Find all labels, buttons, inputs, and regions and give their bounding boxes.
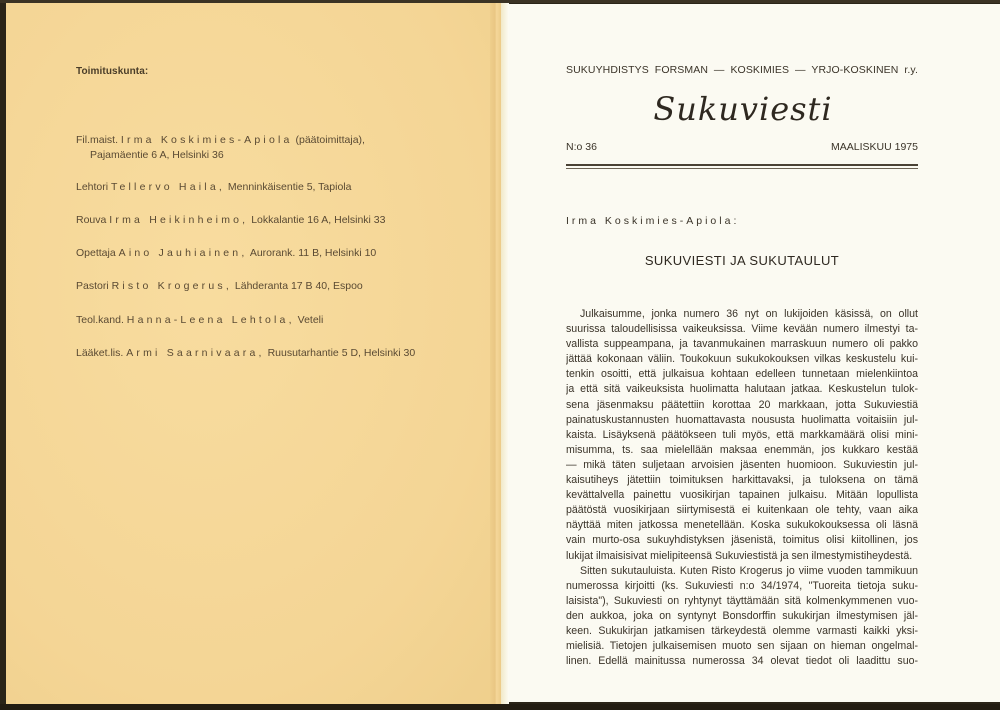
- staff-address: Lähderanta 17 B 40, Espoo: [235, 280, 363, 292]
- staff-title: Fil.maist.: [76, 134, 118, 146]
- body-line: päätöstä vuosikirjaan siirtymisestä ei k…: [566, 503, 918, 518]
- body-line: painatuskustannusten huomattavasta nousu…: [566, 413, 918, 428]
- staff-title: Opettaja: [76, 247, 116, 259]
- booklet-spread: Toimituskunta: Fil.maist. Irma Koskimies…: [0, 0, 1000, 710]
- staff-name: Risto Krogerus,: [112, 280, 232, 292]
- masthead-rule-thick: [566, 164, 918, 166]
- society-name: SUKUYHDISTYS FORSMAN — KOSKIMIES — YRJO-…: [566, 64, 918, 76]
- staff-address: (päätoimittaja),: [296, 134, 365, 146]
- body-line: laisista"), Sukuviesti on ryhtynyt täytt…: [566, 594, 918, 609]
- body-line: tenkin osoitti, että julkaisua kohtaan e…: [566, 367, 918, 382]
- staff-entry: Teol.kand. Hanna-Leena Lehtola, Veteli: [76, 313, 323, 328]
- staff-address: Aurorank. 11 B, Helsinki 10: [250, 247, 376, 259]
- article-author: Irma Koskimies-Apiola:: [566, 215, 739, 227]
- staff-entry: Pastori Risto Krogerus, Lähderanta 17 B …: [76, 279, 363, 294]
- body-line: jättää kokonaan väliin. Toukokuun sukuko…: [566, 352, 918, 367]
- body-line: keen. Sukukirjan jatkamisen tärkeydestä …: [566, 624, 918, 639]
- body-line: numerossa kirjoitti (ks. Sukuviesti n:o …: [566, 579, 918, 594]
- staff-address-cont: Pajamäentie 6 A, Helsinki 36: [76, 148, 365, 163]
- staff-entry: Rouva Irma Heikinheimo, Lokkalantie 16 A…: [76, 213, 385, 228]
- body-line: vallista suppeampana, ja tavanmukainen m…: [566, 337, 918, 352]
- issue-date: MAALISKUU 1975: [822, 141, 918, 153]
- staff-entry: Opettaja Aino Jauhiainen, Aurorank. 11 B…: [76, 246, 376, 261]
- body-line: kevättalvella painettu vuosikirjan tapai…: [566, 488, 918, 503]
- staff-title: Rouva: [76, 214, 106, 226]
- staff-name: Tellervo Haila,: [111, 181, 225, 193]
- article-body: Julkaisumme, jonka numero 36 nyt on luki…: [566, 307, 918, 669]
- body-line: vain murto-osa sukuyhdistyksen jäsenistä…: [566, 533, 918, 548]
- masthead-title: Sukuviesti: [560, 90, 926, 128]
- staff-entry: Lääket.lis. Armi Saarnivaara, Ruusutarha…: [76, 346, 415, 361]
- body-line: suurissa taloudellisissa vaikeuksissa. V…: [566, 322, 918, 337]
- body-line: misumma, ts. saa mielellään maksaa enemm…: [566, 443, 918, 458]
- staff-address: Veteli: [298, 314, 324, 326]
- staff-name: Armi Saarnivaara,: [126, 347, 264, 359]
- article-title: SUKUVIESTI JA SUKUTAULUT: [566, 253, 918, 268]
- staff-title: Pastori: [76, 280, 109, 292]
- scan-border-bottom: [0, 704, 1000, 710]
- issue-number: N:o 36: [566, 141, 597, 153]
- body-line: kaista. Lisäyksenä päätökseen tuli myös,…: [566, 428, 918, 443]
- staff-name: Irma Heikinheimo,: [109, 214, 248, 226]
- body-line: sena jäsenmaksu päätettiin korottaa 20 m…: [566, 398, 918, 413]
- spine-shadow-left: [490, 3, 501, 704]
- masthead-rule-thin: [566, 168, 918, 169]
- body-line: näyttää miten jatkossa menetellään. Kosk…: [566, 518, 918, 533]
- body-line: mielisiä. Tietojen julkaisemisen muoto s…: [566, 639, 918, 654]
- spine-shadow-right: [501, 3, 509, 704]
- staff-name: Irma Koskimies-Apiola: [121, 134, 293, 146]
- staff-address: Lokkalantie 16 A, Helsinki 33: [251, 214, 385, 226]
- staff-entry: Lehtori Tellervo Haila, Menninkäisentie …: [76, 180, 351, 195]
- staff-title: Lääket.lis.: [76, 347, 123, 359]
- body-line: lukijat ilmaisisivat mielipiteensä Sukuv…: [566, 549, 918, 564]
- staff-address: Ruusutarhantie 5 D, Helsinki 30: [268, 347, 416, 359]
- staff-title: Teol.kand.: [76, 314, 124, 326]
- body-line: — mikä täten suljetaan arvoisien jäsente…: [566, 458, 918, 473]
- body-line: Sitten sukutauluista. Kuten Risto Kroger…: [566, 564, 918, 579]
- body-line: kaisutiheys jätettiin toimituksen harkit…: [566, 473, 918, 488]
- body-line: linen. Edellä mainitussa numerossa 34 ol…: [566, 654, 918, 669]
- staff-entry: Fil.maist. Irma Koskimies-Apiola (päätoi…: [76, 133, 365, 163]
- staff-title: Lehtori: [76, 181, 108, 193]
- body-line: ja että sitä vaikeuksista huolimatta hal…: [566, 382, 918, 397]
- editorial-board-heading: Toimituskunta:: [76, 66, 148, 77]
- body-line: Julkaisumme, jonka numero 36 nyt on luki…: [566, 307, 918, 322]
- body-line: den aukkoa, joka on syntynyt Bonsdorffin…: [566, 609, 918, 624]
- staff-name: Hanna-Leena Lehtola,: [127, 314, 295, 326]
- staff-name: Aino Jauhiainen,: [119, 247, 248, 259]
- staff-address: Menninkäisentie 5, Tapiola: [228, 181, 352, 193]
